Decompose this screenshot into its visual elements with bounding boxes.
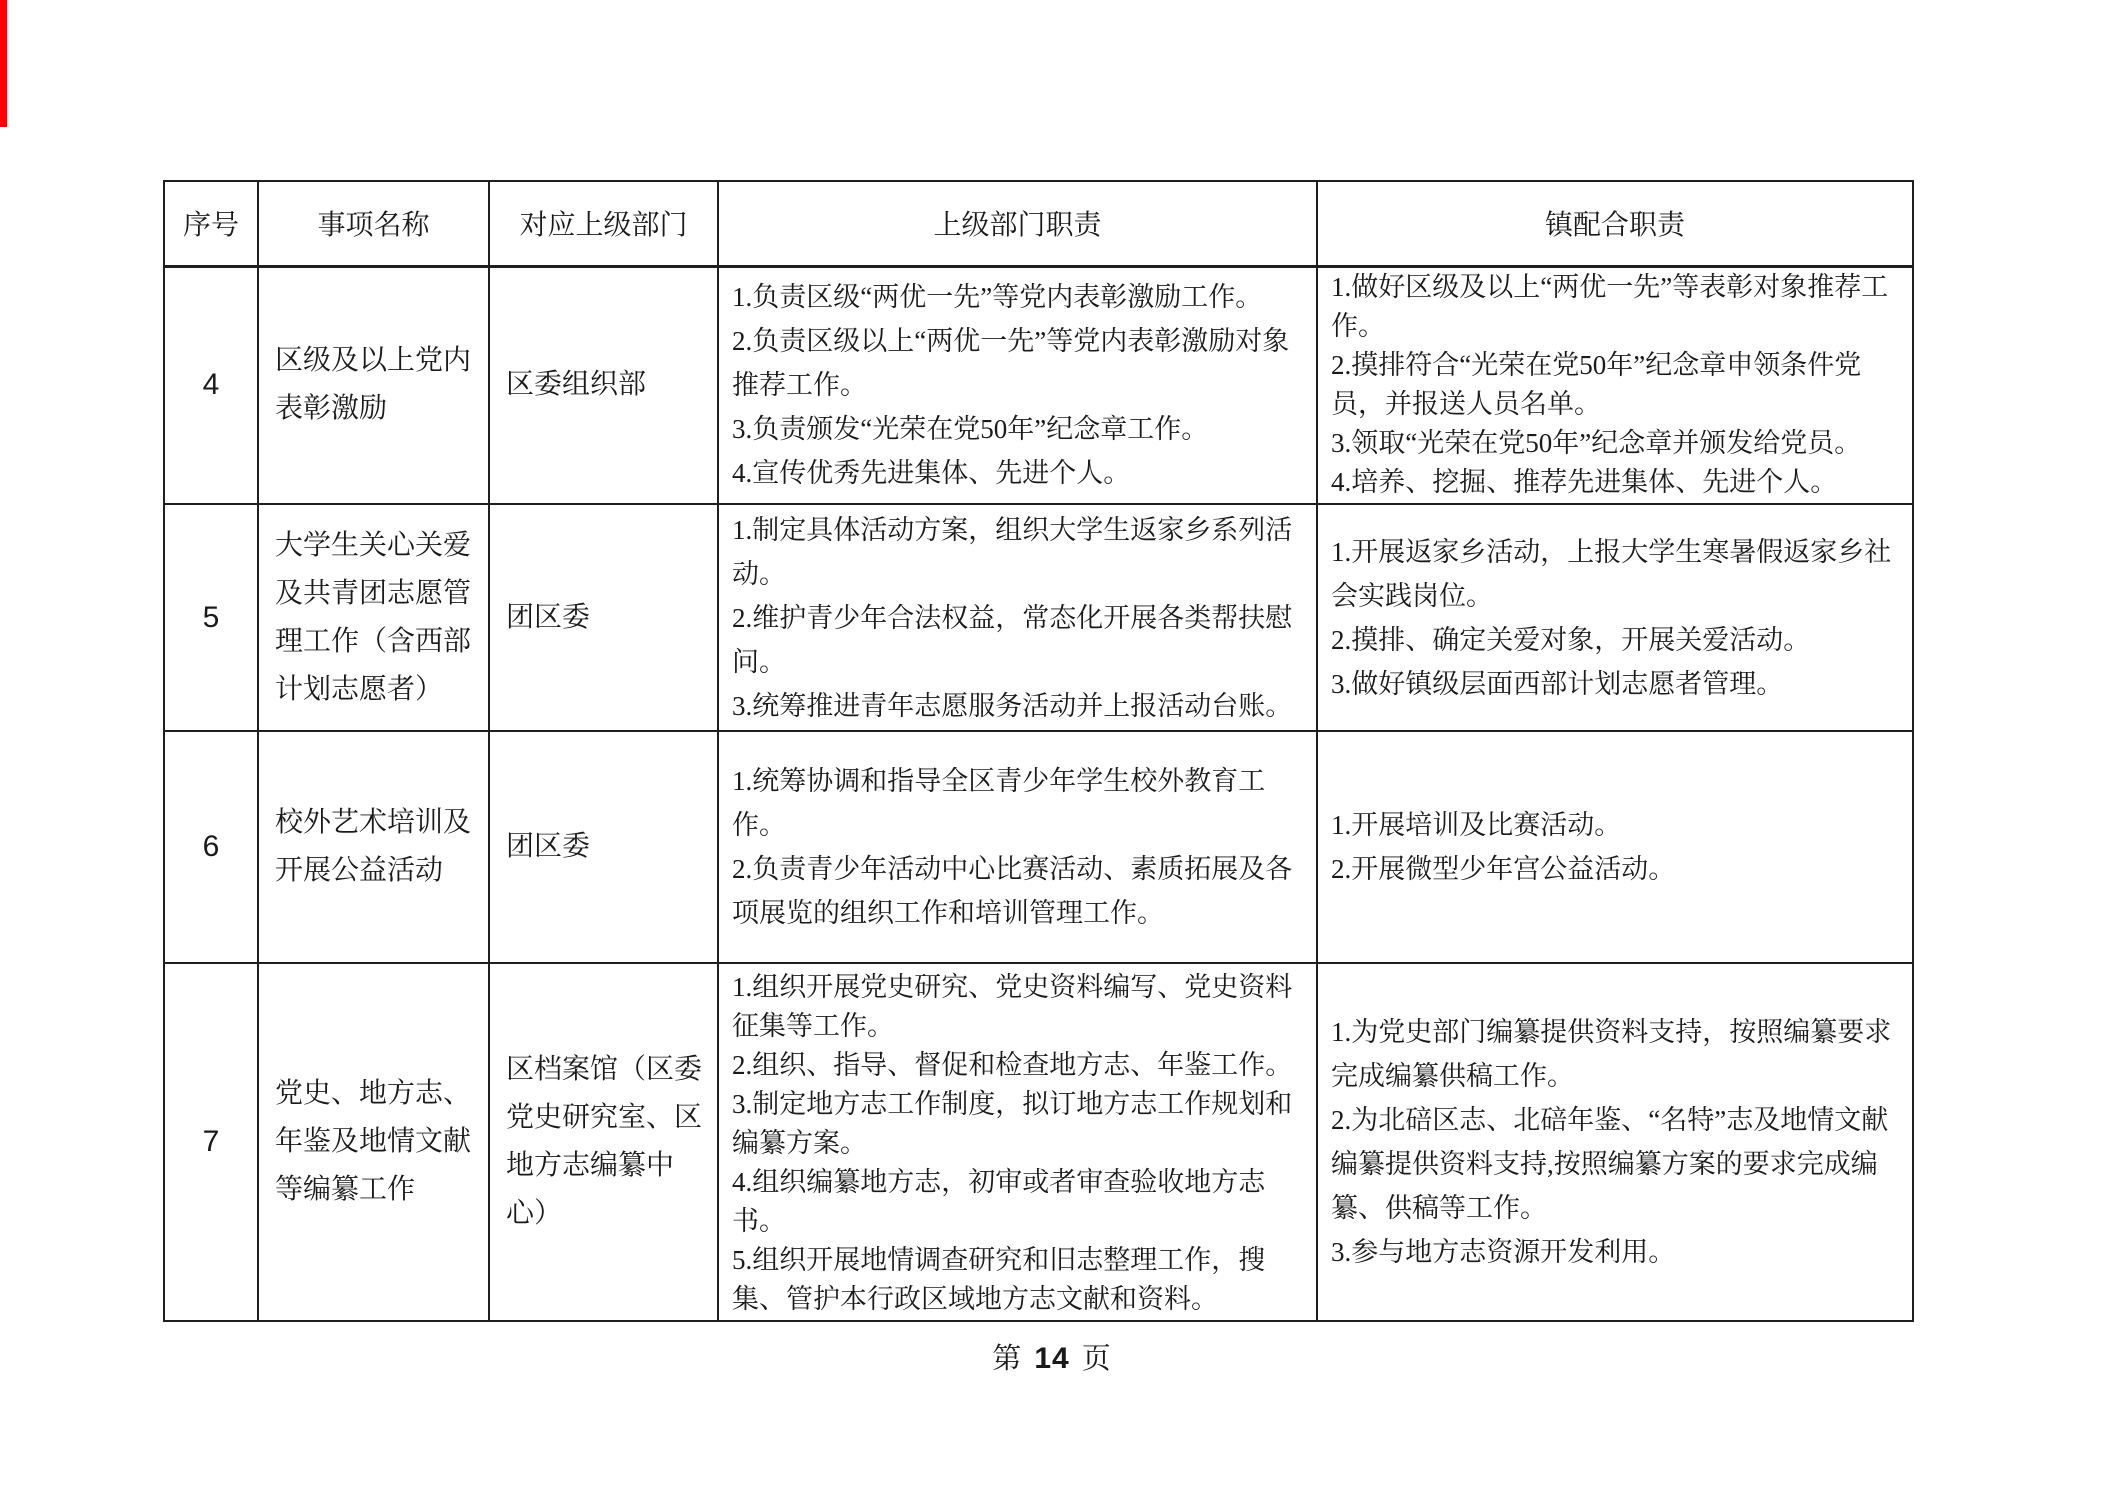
duty-item: 3.负责颁发“光荣在党50年”纪念章工作。 [732,407,1308,451]
duty-item: 2.维护青少年合法权益，常态化开展各类帮扶慰问。 [732,596,1308,684]
duty-item: 3.领取“光荣在党50年”纪念章并颁发给党员。 [1331,424,1904,463]
superior-duties-cell: 1.统筹协调和指导全区青少年学生校外教育工作。 2.负责青少年活动中心比赛活动、… [718,731,1317,963]
col-header-department: 对应上级部门 [489,181,718,266]
duty-item: 1.组织开展党史研究、党史资料编写、党史资料征集等工作。 [732,968,1308,1046]
duty-item: 2.负责青少年活动中心比赛活动、素质拓展及各项展览的组织工作和培训管理工作。 [732,847,1308,935]
department-cell: 团区委 [489,731,718,963]
town-duties-cell: 1.为党史部门编纂提供资料支持，按照编纂要求完成编纂供稿工作。 2.为北碚区志、… [1317,963,1913,1321]
duty-item: 1.开展培训及比赛活动。 [1331,803,1904,847]
duty-item: 1.负责区级“两优一先”等党内表彰激励工作。 [732,275,1308,319]
duty-item: 4.培养、挖掘、推荐先进集体、先进个人。 [1331,463,1904,502]
duty-item: 1.开展返家乡活动，上报大学生寒暑假返家乡社会实践岗位。 [1331,530,1904,618]
col-header-item-name: 事项名称 [258,181,489,266]
duty-item: 3.制定地方志工作制度，拟订地方志工作规划和编纂方案。 [732,1085,1308,1163]
col-header-town-duties: 镇配合职责 [1317,181,1913,266]
duty-item: 2.为北碚区志、北碚年鉴、“名特”志及地情文献编纂提供资料支持,按照编纂方案的要… [1331,1098,1904,1230]
duty-item: 1.统筹协调和指导全区青少年学生校外教育工作。 [732,759,1308,847]
col-header-superior-duties: 上级部门职责 [718,181,1317,266]
table-header-row: 序号 事项名称 对应上级部门 上级部门职责 镇配合职责 [164,181,1913,266]
department-cell: 区档案馆（区委党史研究室、区地方志编纂中心） [489,963,718,1321]
table-row: 4 区级及以上党内表彰激励 区委组织部 1.负责区级“两优一先”等党内表彰激励工… [164,266,1913,504]
duty-item: 2.组织、指导、督促和检查地方志、年鉴工作。 [732,1046,1308,1085]
table-row: 5 大学生关心关爱及共青团志愿管理工作（含西部计划志愿者） 团区委 1.制定具体… [164,504,1913,731]
duty-item: 1.做好区级及以上“两优一先”等表彰对象推荐工作。 [1331,268,1904,346]
duty-item: 2.摸排符合“光荣在党50年”纪念章申领条件党员，并报送人员名单。 [1331,346,1904,424]
page-number-value: 14 [1034,1342,1069,1375]
superior-duties-cell: 1.制定具体活动方案，组织大学生返家乡系列活动。 2.维护青少年合法权益，常态化… [718,504,1317,731]
town-duties-cell: 1.做好区级及以上“两优一先”等表彰对象推荐工作。 2.摸排符合“光荣在党50年… [1317,266,1913,504]
duties-table: 序号 事项名称 对应上级部门 上级部门职责 镇配合职责 4 区级及以上党内表彰激… [163,180,1914,1322]
superior-duties-cell: 1.负责区级“两优一先”等党内表彰激励工作。 2.负责区级以上“两优一先”等党内… [718,266,1317,504]
duty-item: 3.做好镇级层面西部计划志愿者管理。 [1331,662,1904,706]
duty-item: 3.统筹推进青年志愿服务活动并上报活动台账。 [732,684,1308,728]
row-number-cell: 6 [164,731,258,963]
duty-item: 3.参与地方志资源开发利用。 [1331,1230,1904,1274]
row-number-cell: 7 [164,963,258,1321]
department-cell: 团区委 [489,504,718,731]
town-duties-cell: 1.开展返家乡活动，上报大学生寒暑假返家乡社会实践岗位。 2.摸排、确定关爱对象… [1317,504,1913,731]
duty-item: 1.制定具体活动方案，组织大学生返家乡系列活动。 [732,508,1308,596]
duty-item: 1.为党史部门编纂提供资料支持，按照编纂要求完成编纂供稿工作。 [1331,1010,1904,1098]
table-row: 7 党史、地方志、年鉴及地情文献等编纂工作 区档案馆（区委党史研究室、区地方志编… [164,963,1913,1321]
table-row: 6 校外艺术培训及开展公益活动 团区委 1.统筹协调和指导全区青少年学生校外教育… [164,731,1913,963]
row-number-cell: 4 [164,266,258,504]
duty-item: 5.组织开展地情调查研究和旧志整理工作，搜集、管护本行政区域地方志文献和资料。 [732,1241,1308,1318]
item-name-cell: 校外艺术培训及开展公益活动 [258,731,489,963]
document-page: 序号 事项名称 对应上级部门 上级部门职责 镇配合职责 4 区级及以上党内表彰激… [0,0,2104,1488]
page-number: 第14页 [0,1336,2104,1377]
superior-duties-cell: 1.组织开展党史研究、党史资料编写、党史资料征集等工作。 2.组织、指导、督促和… [718,963,1317,1321]
item-name-cell: 大学生关心关爱及共青团志愿管理工作（含西部计划志愿者） [258,504,489,731]
item-name-cell: 区级及以上党内表彰激励 [258,266,489,504]
duty-item: 2.开展微型少年宫公益活动。 [1331,847,1904,891]
item-name-cell: 党史、地方志、年鉴及地情文献等编纂工作 [258,963,489,1321]
duty-item: 4.宣传优秀先进集体、先进个人。 [732,451,1308,495]
clipped-text-region: 1.组织开展党史研究、党史资料编写、党史资料征集等工作。 2.组织、指导、督促和… [732,968,1308,1318]
duty-item: 2.摸排、确定关爱对象，开展关爱活动。 [1331,618,1904,662]
duty-item: 4.组织编纂地方志，初审或者审查验收地方志书。 [732,1163,1308,1241]
col-header-seq: 序号 [164,181,258,266]
duty-item: 2.负责区级以上“两优一先”等党内表彰激励对象推荐工作。 [732,319,1308,407]
left-margin-marker [0,0,7,127]
town-duties-cell: 1.开展培训及比赛活动。 2.开展微型少年宫公益活动。 [1317,731,1913,963]
page-number-suffix: 页 [1082,1343,1112,1375]
department-cell: 区委组织部 [489,266,718,504]
row-number-cell: 5 [164,504,258,731]
page-number-prefix: 第 [992,1343,1022,1375]
